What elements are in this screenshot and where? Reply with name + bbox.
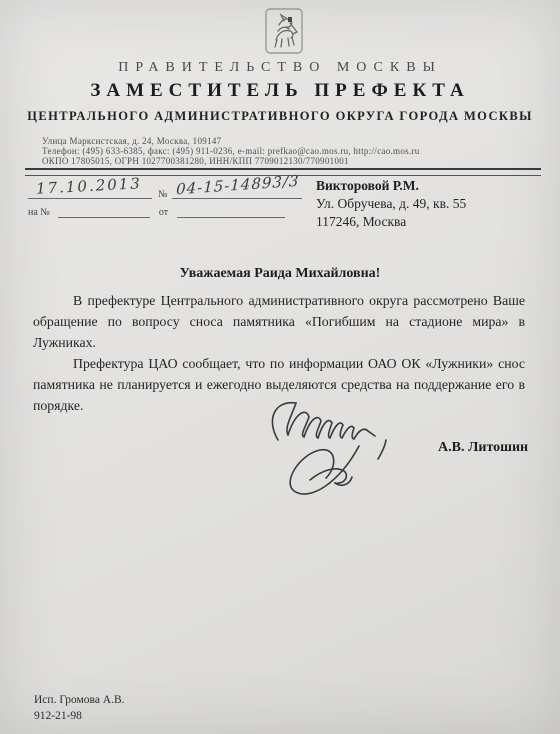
reply-from-label: от (159, 207, 168, 218)
executor-name: Исп. Громова А.В. (34, 694, 125, 706)
letterhead-contacts: Телефон: (495) 633-6385, факс: (495) 911… (42, 146, 542, 156)
reply-reference-row: на № от (28, 205, 285, 218)
number-label: № (158, 189, 168, 200)
recipient-name: Викторовой Р.М. (316, 178, 419, 194)
letterhead-address: Улица Марксистская, д. 24, Москва, 10914… (42, 136, 542, 146)
scanned-letter-page: ПРАВИТЕЛЬСТВО МОСКВЫ ЗАМЕСТИТЕЛЬ ПРЕФЕКТ… (0, 0, 560, 734)
signatory-name: А.В. Литошин (438, 440, 528, 456)
handwritten-signature (262, 390, 457, 508)
reply-to-label: на № (28, 207, 50, 218)
letterhead-government: ПРАВИТЕЛЬСТВО МОСКВЫ (0, 60, 560, 76)
body-paragraph-1: В префектуре Центрального административн… (33, 290, 525, 353)
recipient-address-street: Ул. Обручева, д. 49, кв. 55 (316, 196, 466, 212)
recipient-address-city: 117246, Москва (316, 214, 406, 230)
salutation: Уважаемая Раида Михайловна! (0, 266, 560, 282)
letterhead-district: ЦЕНТРАЛЬНОГО АДМИНИСТРАТИВНОГО ОКРУГА ГО… (0, 109, 560, 124)
letterhead-registry-codes: ОКПО 17805015, ОГРН 1027700381280, ИНН/К… (42, 156, 542, 166)
reply-number-blank-line (58, 205, 150, 218)
moscow-coat-of-arms-icon (264, 7, 304, 57)
reply-date-blank-line (177, 205, 285, 218)
letterhead-office-title: ЗАМЕСТИТЕЛЬ ПРЕФЕКТА (0, 80, 560, 102)
executor-phone: 912-21-98 (34, 710, 82, 722)
